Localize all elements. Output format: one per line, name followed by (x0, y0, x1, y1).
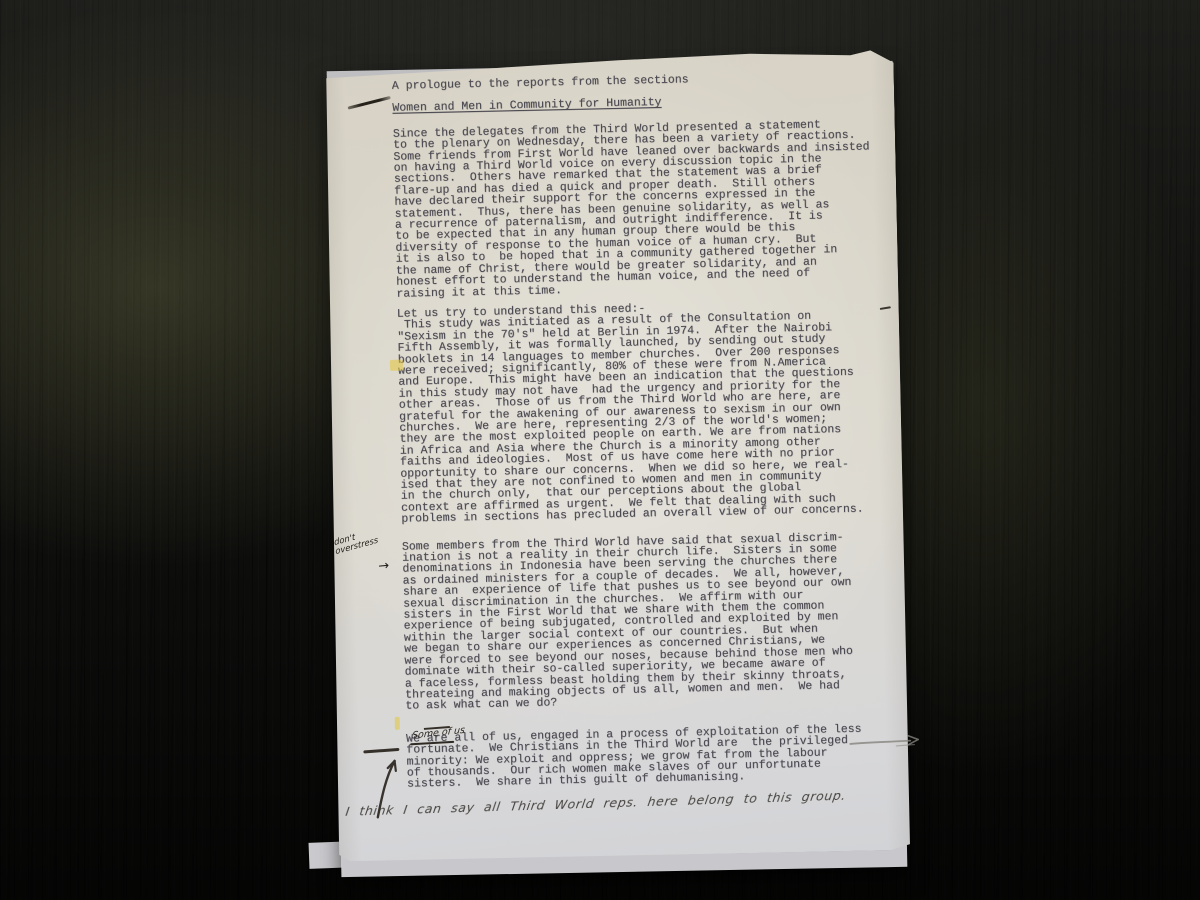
bottom-handwritten-note: I think I can say all Third World reps. … (345, 786, 907, 819)
strikethrough-mark (410, 741, 454, 745)
margin-note: don't overstress (334, 527, 379, 557)
highlight-mark-and (390, 360, 403, 371)
pen-tick-mark (880, 306, 891, 310)
margin-arrow-icon: → (378, 558, 390, 574)
highlight-mark-tick (395, 717, 400, 730)
right-arrow-icon (848, 733, 922, 751)
paper-stack: A prologue to the reports from the secti… (321, 50, 910, 862)
pen-slash-mark (348, 96, 391, 110)
desk-photo: A prologue to the reports from the secti… (0, 0, 1200, 900)
handwritten-annotations: don't overstress → Some of us (321, 50, 910, 862)
